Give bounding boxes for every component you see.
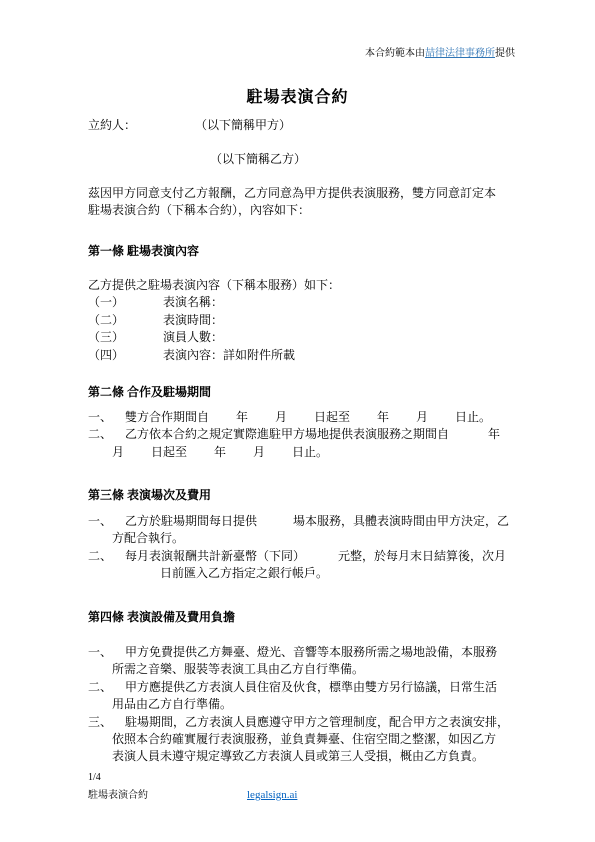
item-text-line: 方配合執行。 (112, 530, 509, 547)
list-item: （二）表演時間： (88, 312, 340, 329)
list-item: 一、乙方於駐場期間每日提供 場本服務，具體表演時間由甲方決定，乙 (88, 513, 509, 530)
item-text-line: 甲方應提供乙方表演人員住宿及伙食，標準由雙方另行協議，日常生活 (125, 679, 497, 696)
item-text-line: 日前匯入乙方指定之銀行帳戶。 (112, 565, 509, 582)
party-a-line: 立約人：（以下簡稱甲方） (88, 117, 291, 134)
list-item: 一、甲方免費提供乙方舞臺、燈光、音響等本服務所需之場地設備，本服務 (88, 644, 509, 661)
party-b-line: （以下簡稱乙方） (210, 151, 306, 168)
list-item: （三）演員人數： (88, 329, 340, 346)
party-a-text: （以下簡稱甲方） (195, 118, 291, 132)
item-text-line: 甲方免費提供乙方舞臺、燈光、音響等本服務所需之場地設備，本服務 (125, 644, 497, 661)
item-number: 一、 (88, 644, 125, 661)
item-number: （三） (88, 329, 163, 346)
item-number: 二、 (88, 426, 125, 443)
section-1-heading: 第一條 駐場表演內容 (88, 243, 199, 260)
item-number: 二、 (88, 679, 125, 696)
item-text-line: 雙方合作期間自 年 月 日起至 年 月 日止。 (125, 409, 491, 426)
item-number: （一） (88, 294, 163, 311)
item-text-line: 乙方依本合約之規定實際進駐甲方場地提供表演服務之期間自 年 (125, 426, 500, 443)
section-4-heading: 第四條 表演設備及費用負擔 (88, 609, 235, 626)
item-number: 一、 (88, 513, 125, 530)
document-title: 駐場表演合約 (0, 84, 595, 107)
item-text-line: 乙方於駐場期間每日提供 場本服務，具體表演時間由甲方決定，乙 (125, 513, 509, 530)
legalsign-link[interactable]: legalsign.ai (247, 789, 297, 801)
item-text-line: 所需之音樂、服裝等表演工具由乙方自行準備。 (112, 661, 509, 678)
item-text-line: 每月表演報酬共計新臺幣（下同） 元整，於每月末日結算後，次月 (125, 548, 506, 565)
preamble-line: 茲因甲方同意支付乙方報酬，乙方同意為甲方提供表演服務，雙方同意訂定本 (88, 185, 496, 202)
item-text-line: 表演人員未遵守規定導致乙方表演人員或第三人受損，概由乙方負責。 (112, 748, 509, 765)
section-3-heading: 第三條 表演場次及費用 (88, 487, 211, 504)
list-item: 二、每月表演報酬共計新臺幣（下同） 元整，於每月末日結算後，次月 (88, 548, 509, 565)
preamble-line: 駐場表演合約（下稱本合約），內容如下： (88, 202, 496, 219)
section-2-heading: 第二條 合作及駐場期間 (88, 384, 211, 401)
item-text-line: 依照本合約確實履行表演服務，並負責舞臺、住宿空間之整潔，如因乙方 (112, 731, 509, 748)
section-4-body: 一、甲方免費提供乙方舞臺、燈光、音響等本服務所需之場地設備，本服務 所需之音樂、… (88, 644, 509, 766)
footer-doc-title: 駐場表演合約 (88, 786, 247, 801)
item-number: 一、 (88, 409, 125, 426)
item-text-line: 表演內容：詳如附件所載 (163, 347, 295, 364)
item-text-line: 用品由乙方自行準備。 (112, 696, 509, 713)
section-3-body: 一、乙方於駐場期間每日提供 場本服務，具體表演時間由甲方決定，乙 方配合執行。 … (88, 513, 509, 583)
contract-page: 本合約範本由喆律法律事務所提供 駐場表演合約 立約人：（以下簡稱甲方） （以下簡… (0, 0, 595, 842)
footer: 駐場表演合約legalsign.ai (88, 786, 297, 801)
list-item: （四）表演內容：詳如附件所載 (88, 347, 340, 364)
preamble: 茲因甲方同意支付乙方報酬，乙方同意為甲方提供表演服務，雙方同意訂定本 駐場表演合… (88, 185, 496, 220)
item-text-line: 月 日起至 年 月 日止。 (112, 444, 500, 461)
header-note: 本合約範本由喆律法律事務所提供 (365, 44, 515, 59)
list-item: 一、雙方合作期間自 年 月 日起至 年 月 日止。 (88, 409, 500, 426)
list-item: （一）表演名稱： (88, 294, 340, 311)
list-item: 二、乙方依本合約之規定實際進駐甲方場地提供表演服務之期間自 年 (88, 426, 500, 443)
party-b-text: （以下簡稱乙方） (210, 152, 306, 166)
item-text-line: 駐場期間，乙方表演人員應遵守甲方之管理制度，配合甲方之表演安排， (125, 714, 509, 731)
section-2-body: 一、雙方合作期間自 年 月 日起至 年 月 日止。 二、乙方依本合約之規定實際進… (88, 409, 500, 461)
item-number: 二、 (88, 548, 125, 565)
list-item: 二、甲方應提供乙方表演人員住宿及伙食，標準由雙方另行協議，日常生活 (88, 679, 509, 696)
list-item: 三、駐場期間，乙方表演人員應遵守甲方之管理制度，配合甲方之表演安排， (88, 714, 509, 731)
item-text-line: 演員人數： (163, 329, 223, 346)
section-1-body: 乙方提供之駐場表演內容（下稱本服務）如下： （一）表演名稱： （二）表演時間： … (88, 277, 340, 364)
section-1-intro: 乙方提供之駐場表演內容（下稱本服務）如下： (88, 277, 340, 294)
page-number: 1/4 (88, 769, 101, 786)
item-number: （四） (88, 347, 163, 364)
header-note-suffix: 提供 (495, 48, 515, 59)
item-number: （二） (88, 312, 163, 329)
item-number: 三、 (88, 714, 125, 731)
item-text-line: 表演時間： (163, 312, 223, 329)
party-label: 立約人： (88, 117, 195, 134)
header-note-prefix: 本合約範本由 (365, 48, 425, 59)
item-text-line: 表演名稱： (163, 294, 223, 311)
law-firm-link[interactable]: 喆律法律事務所 (425, 48, 495, 59)
